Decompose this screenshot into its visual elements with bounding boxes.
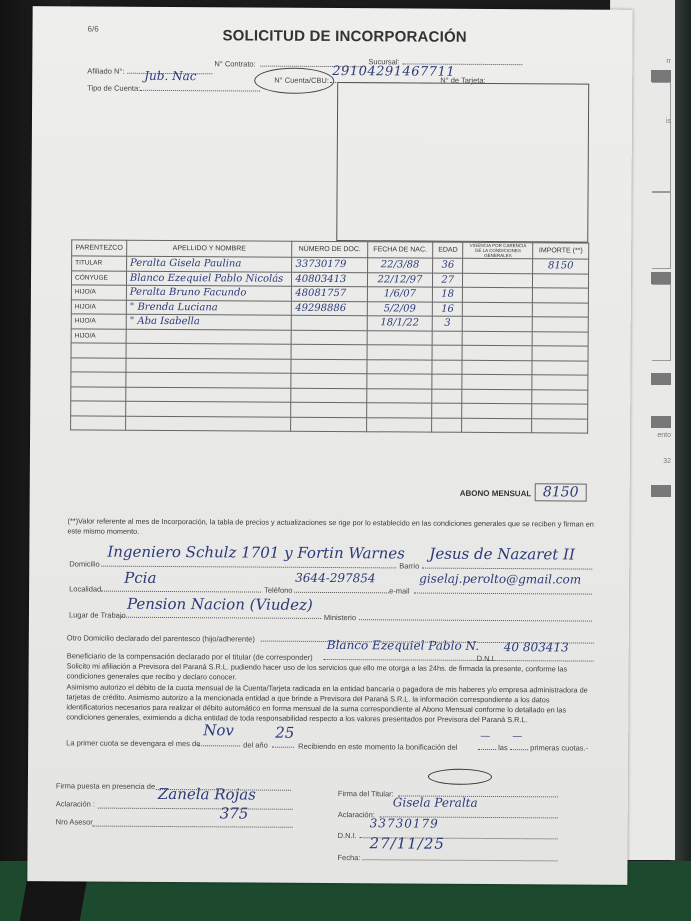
- afiliado-label: Afiliado N°:: [87, 67, 124, 76]
- under-page-tab: [651, 416, 671, 428]
- form-title: SOLICITUD DE INCORPORACIÓN: [222, 27, 466, 45]
- under-page-bracket: [652, 284, 671, 361]
- las-value: —: [512, 731, 522, 742]
- cell-edad[interactable]: 18: [433, 287, 463, 302]
- cell-edad[interactable]: [432, 331, 462, 346]
- bonificacion-value: —: [480, 731, 490, 742]
- cell-parentezco: [71, 343, 126, 358]
- cell-nombre[interactable]: [125, 416, 291, 432]
- cell-parentezco: HIJO/A: [71, 285, 126, 300]
- telefono-label: Teléfono: [264, 586, 292, 595]
- cell-nombre[interactable]: Blanco Ezequiel Pablo Nicolás: [126, 271, 292, 287]
- cell-fecha[interactable]: 22/3/88: [367, 258, 433, 273]
- cell-vigencia[interactable]: [462, 403, 532, 418]
- cell-vigencia[interactable]: [463, 287, 533, 302]
- cell-edad[interactable]: [432, 374, 462, 389]
- cell-doc[interactable]: 48081757: [292, 286, 367, 301]
- col-fecha: FECHA DE NAC.: [367, 242, 433, 258]
- cell-doc[interactable]: [291, 344, 366, 359]
- cell-edad[interactable]: 3: [432, 316, 462, 331]
- cell-doc[interactable]: 49298886: [292, 301, 367, 316]
- cell-vigencia[interactable]: [462, 418, 532, 433]
- cell-edad[interactable]: 36: [433, 258, 463, 273]
- cell-nombre[interactable]: [126, 387, 292, 403]
- localidad-value: Pcia: [124, 569, 156, 587]
- cell-doc[interactable]: [291, 359, 366, 374]
- presencia-label: Firma puesta en presencia de: [56, 781, 155, 791]
- ministerio-field[interactable]: [359, 611, 592, 621]
- cell-nombre[interactable]: [126, 343, 292, 359]
- cell-vigencia[interactable]: [462, 360, 532, 375]
- titular-dni-value: 33730179: [370, 816, 439, 830]
- tipo-cuenta-label: Tipo de Cuenta:: [87, 84, 140, 93]
- cell-doc[interactable]: 40803413: [292, 272, 367, 287]
- trabajo-value: Pension Nacion (Viudez): [127, 595, 313, 614]
- under-page-tab: [651, 485, 671, 497]
- cell-importe[interactable]: [533, 317, 589, 332]
- cell-nombre[interactable]: [126, 401, 292, 417]
- domicilio-label: Domicilio: [69, 559, 99, 568]
- debit-authorization-text: Asimismo autorizo el débito de la cuota …: [66, 682, 596, 725]
- cell-importe[interactable]: [533, 302, 589, 317]
- price-note: (**)Valor referente al mes de Incorporac…: [67, 516, 595, 539]
- cell-parentezco: [71, 357, 126, 372]
- cell-doc[interactable]: [291, 417, 366, 432]
- col-parentezco: PARENTEZCO: [72, 240, 127, 256]
- barrio-label: Barrio: [399, 561, 419, 570]
- cell-edad[interactable]: 27: [433, 273, 463, 288]
- under-page-bracket: [652, 82, 671, 192]
- contrato-label: N° Contrato:: [214, 59, 255, 68]
- cuota-prefix: La primer cuota se devengara el mes de: [66, 738, 200, 748]
- cell-edad[interactable]: [432, 360, 462, 375]
- cell-vigencia[interactable]: [463, 302, 533, 317]
- cell-doc[interactable]: [292, 330, 367, 345]
- cell-vigencia[interactable]: [462, 331, 532, 346]
- las-label: las: [498, 743, 508, 752]
- titular-dni-label: D.N.I.: [338, 831, 357, 840]
- cell-edad[interactable]: 16: [433, 302, 463, 317]
- cell-vigencia[interactable]: [463, 273, 533, 288]
- under-page-bracket: [652, 192, 671, 269]
- application-form: 6/6 SOLICITUD DE INCORPORACIÓN Afiliado …: [27, 6, 632, 885]
- under-page-fragment: 32: [663, 458, 671, 465]
- cell-importe[interactable]: [532, 389, 588, 404]
- cell-nombre[interactable]: [126, 358, 292, 374]
- cell-nombre[interactable]: " Brenda Luciana: [126, 300, 292, 316]
- fecha-value: 27/11/25: [370, 834, 445, 852]
- beneficiario-dni-value: 40 803413: [504, 640, 569, 654]
- asesor-aclaracion-value: Zanela Rojas: [158, 785, 256, 804]
- las-field[interactable]: [510, 741, 528, 750]
- cell-edad[interactable]: [432, 389, 462, 404]
- primeras-cuotas-label: primeras cuotas.-: [530, 743, 588, 752]
- cell-importe[interactable]: 8150: [533, 259, 589, 274]
- cell-nombre[interactable]: [126, 372, 292, 388]
- cell-importe[interactable]: [532, 331, 588, 346]
- cell-importe[interactable]: [532, 404, 588, 419]
- under-page-fragment: ento: [657, 432, 671, 439]
- cell-vigencia[interactable]: [463, 258, 533, 273]
- tipo-cuenta-field[interactable]: [140, 82, 260, 92]
- cell-vigencia[interactable]: [462, 316, 532, 331]
- cell-nombre[interactable]: [126, 329, 292, 345]
- cuenta-cbu-value: 29104291467711: [332, 64, 455, 80]
- cell-nombre[interactable]: " Aba Isabella: [126, 314, 292, 330]
- nro-asesor-value: 375: [220, 804, 249, 822]
- barrio-value: Jesus de Nazaret II: [429, 545, 575, 564]
- under-page-tab: [651, 70, 671, 82]
- cell-fecha[interactable]: [367, 374, 433, 389]
- col-edad: EDAD: [433, 242, 463, 258]
- cell-fecha[interactable]: [366, 388, 432, 403]
- titular-signature-mark: [428, 769, 492, 785]
- cell-fecha[interactable]: [366, 403, 432, 418]
- cell-fecha[interactable]: [366, 417, 432, 432]
- otro-domicilio-label: Otro Domicilio declarado del parentesco …: [67, 633, 255, 643]
- telefono-value: 3644-297854: [295, 571, 375, 585]
- titular-signature-label: Firma del Titular:: [338, 789, 394, 798]
- cell-importe[interactable]: [532, 360, 588, 375]
- under-page-fragment: rr: [666, 58, 671, 65]
- col-importe: IMPORTE (**): [533, 243, 589, 259]
- tipo-cuenta-value: Jub. Nac: [144, 69, 196, 83]
- table-row: [71, 415, 588, 433]
- trabajo-label: Lugar de Trabajo: [69, 610, 126, 619]
- cell-doc[interactable]: [292, 315, 367, 330]
- cell-parentezco: TITULAR: [72, 256, 127, 271]
- col-doc: NÚMERO DE DOC.: [292, 241, 367, 257]
- members-table: PARENTEZCO APELLIDO Y NOMBRE NÚMERO DE D…: [70, 239, 589, 433]
- cell-edad[interactable]: [432, 403, 462, 418]
- cell-importe[interactable]: [533, 288, 589, 303]
- cell-nombre[interactable]: Peralta Bruno Facundo: [126, 285, 292, 301]
- cell-fecha[interactable]: [367, 345, 433, 360]
- cell-parentezco: [71, 401, 126, 416]
- under-page-tab: [651, 272, 671, 284]
- beneficiario-label: Beneficiario de la compensación declarad…: [67, 651, 313, 662]
- cell-fecha[interactable]: [367, 330, 433, 345]
- cell-fecha[interactable]: 5/2/09: [367, 301, 433, 316]
- cell-fecha[interactable]: 22/12/97: [367, 272, 433, 287]
- cell-importe[interactable]: [532, 346, 588, 361]
- asesor-aclaracion-label: Aclaración :: [56, 799, 95, 808]
- cell-vigencia[interactable]: [462, 389, 532, 404]
- under-page-tab: [651, 373, 671, 385]
- beneficiario-dni-label: D.N.I.: [477, 654, 496, 663]
- cell-importe[interactable]: [532, 418, 588, 433]
- card-number-box[interactable]: [336, 82, 589, 243]
- under-page-fragment: is: [666, 118, 671, 125]
- titular-aclaracion-value: Gisela Peralta: [393, 795, 478, 810]
- fecha-label: Fecha:: [337, 853, 360, 862]
- cell-doc[interactable]: [291, 402, 366, 417]
- cell-fecha[interactable]: 1/6/07: [367, 287, 433, 302]
- abono-label: ABONO MENSUAL: [460, 489, 532, 498]
- localidad-label: Localidad: [69, 584, 101, 593]
- cell-parentezco: HIJO/A: [71, 299, 126, 314]
- page-number: 6/6: [88, 25, 99, 34]
- col-nombre: APELLIDO Y NOMBRE: [126, 240, 292, 257]
- cell-doc[interactable]: 33730179: [292, 257, 367, 272]
- cuota-mes-value: Nov: [203, 721, 234, 739]
- cuota-anio-value: 25: [275, 724, 294, 742]
- cell-parentezco: [71, 415, 126, 430]
- cell-parentezco: HIJO/A: [71, 328, 126, 343]
- cell-edad[interactable]: [432, 418, 462, 433]
- cell-fecha[interactable]: 18/1/22: [367, 316, 433, 331]
- cell-parentezco: [71, 386, 126, 401]
- cell-importe[interactable]: [533, 273, 589, 288]
- cell-parentezco: HIJO/A: [71, 314, 126, 329]
- domicilio-value: Ingeniero Schulz 1701 y Fortin Warnes: [107, 543, 405, 563]
- cell-parentezco: CÓNYUGE: [71, 270, 126, 285]
- email-value: giselaj.perolto@gmail.com: [419, 572, 581, 587]
- affiliation-request-text: Solicito mi afiliación a Previsora del P…: [67, 661, 597, 684]
- col-vigencia: VIGENCIA POR CARENCIA DE LA CONDICIONES …: [463, 242, 533, 258]
- cell-vigencia[interactable]: [462, 374, 532, 389]
- cell-nombre[interactable]: Peralta Gisela Paulina: [126, 256, 292, 272]
- bonificacion-text: Recibiendo en este momento la bonificaci…: [298, 742, 457, 752]
- cell-importe[interactable]: [532, 375, 588, 390]
- bonificacion-field[interactable]: [478, 741, 496, 750]
- nro-asesor-field[interactable]: [93, 818, 293, 828]
- cell-doc[interactable]: [291, 373, 366, 388]
- cell-fecha[interactable]: [367, 359, 433, 374]
- cuota-anio-label: del año: [243, 740, 268, 749]
- nro-asesor-label: Nro Asesor: [56, 817, 93, 826]
- ministerio-label: Ministerio: [324, 613, 356, 622]
- cell-edad[interactable]: [432, 345, 462, 360]
- cell-doc[interactable]: [291, 388, 366, 403]
- beneficiario-value: Blanco Ezequiel Pablo N.: [327, 638, 479, 653]
- fecha-field[interactable]: [362, 851, 557, 861]
- cell-vigencia[interactable]: [462, 345, 532, 360]
- cuenta-cbu-label: N° Cuenta/CBU:: [274, 76, 329, 85]
- email-label: e-mail: [389, 586, 409, 595]
- cell-parentezco: [71, 372, 126, 387]
- abono-value[interactable]: 8150: [535, 483, 587, 501]
